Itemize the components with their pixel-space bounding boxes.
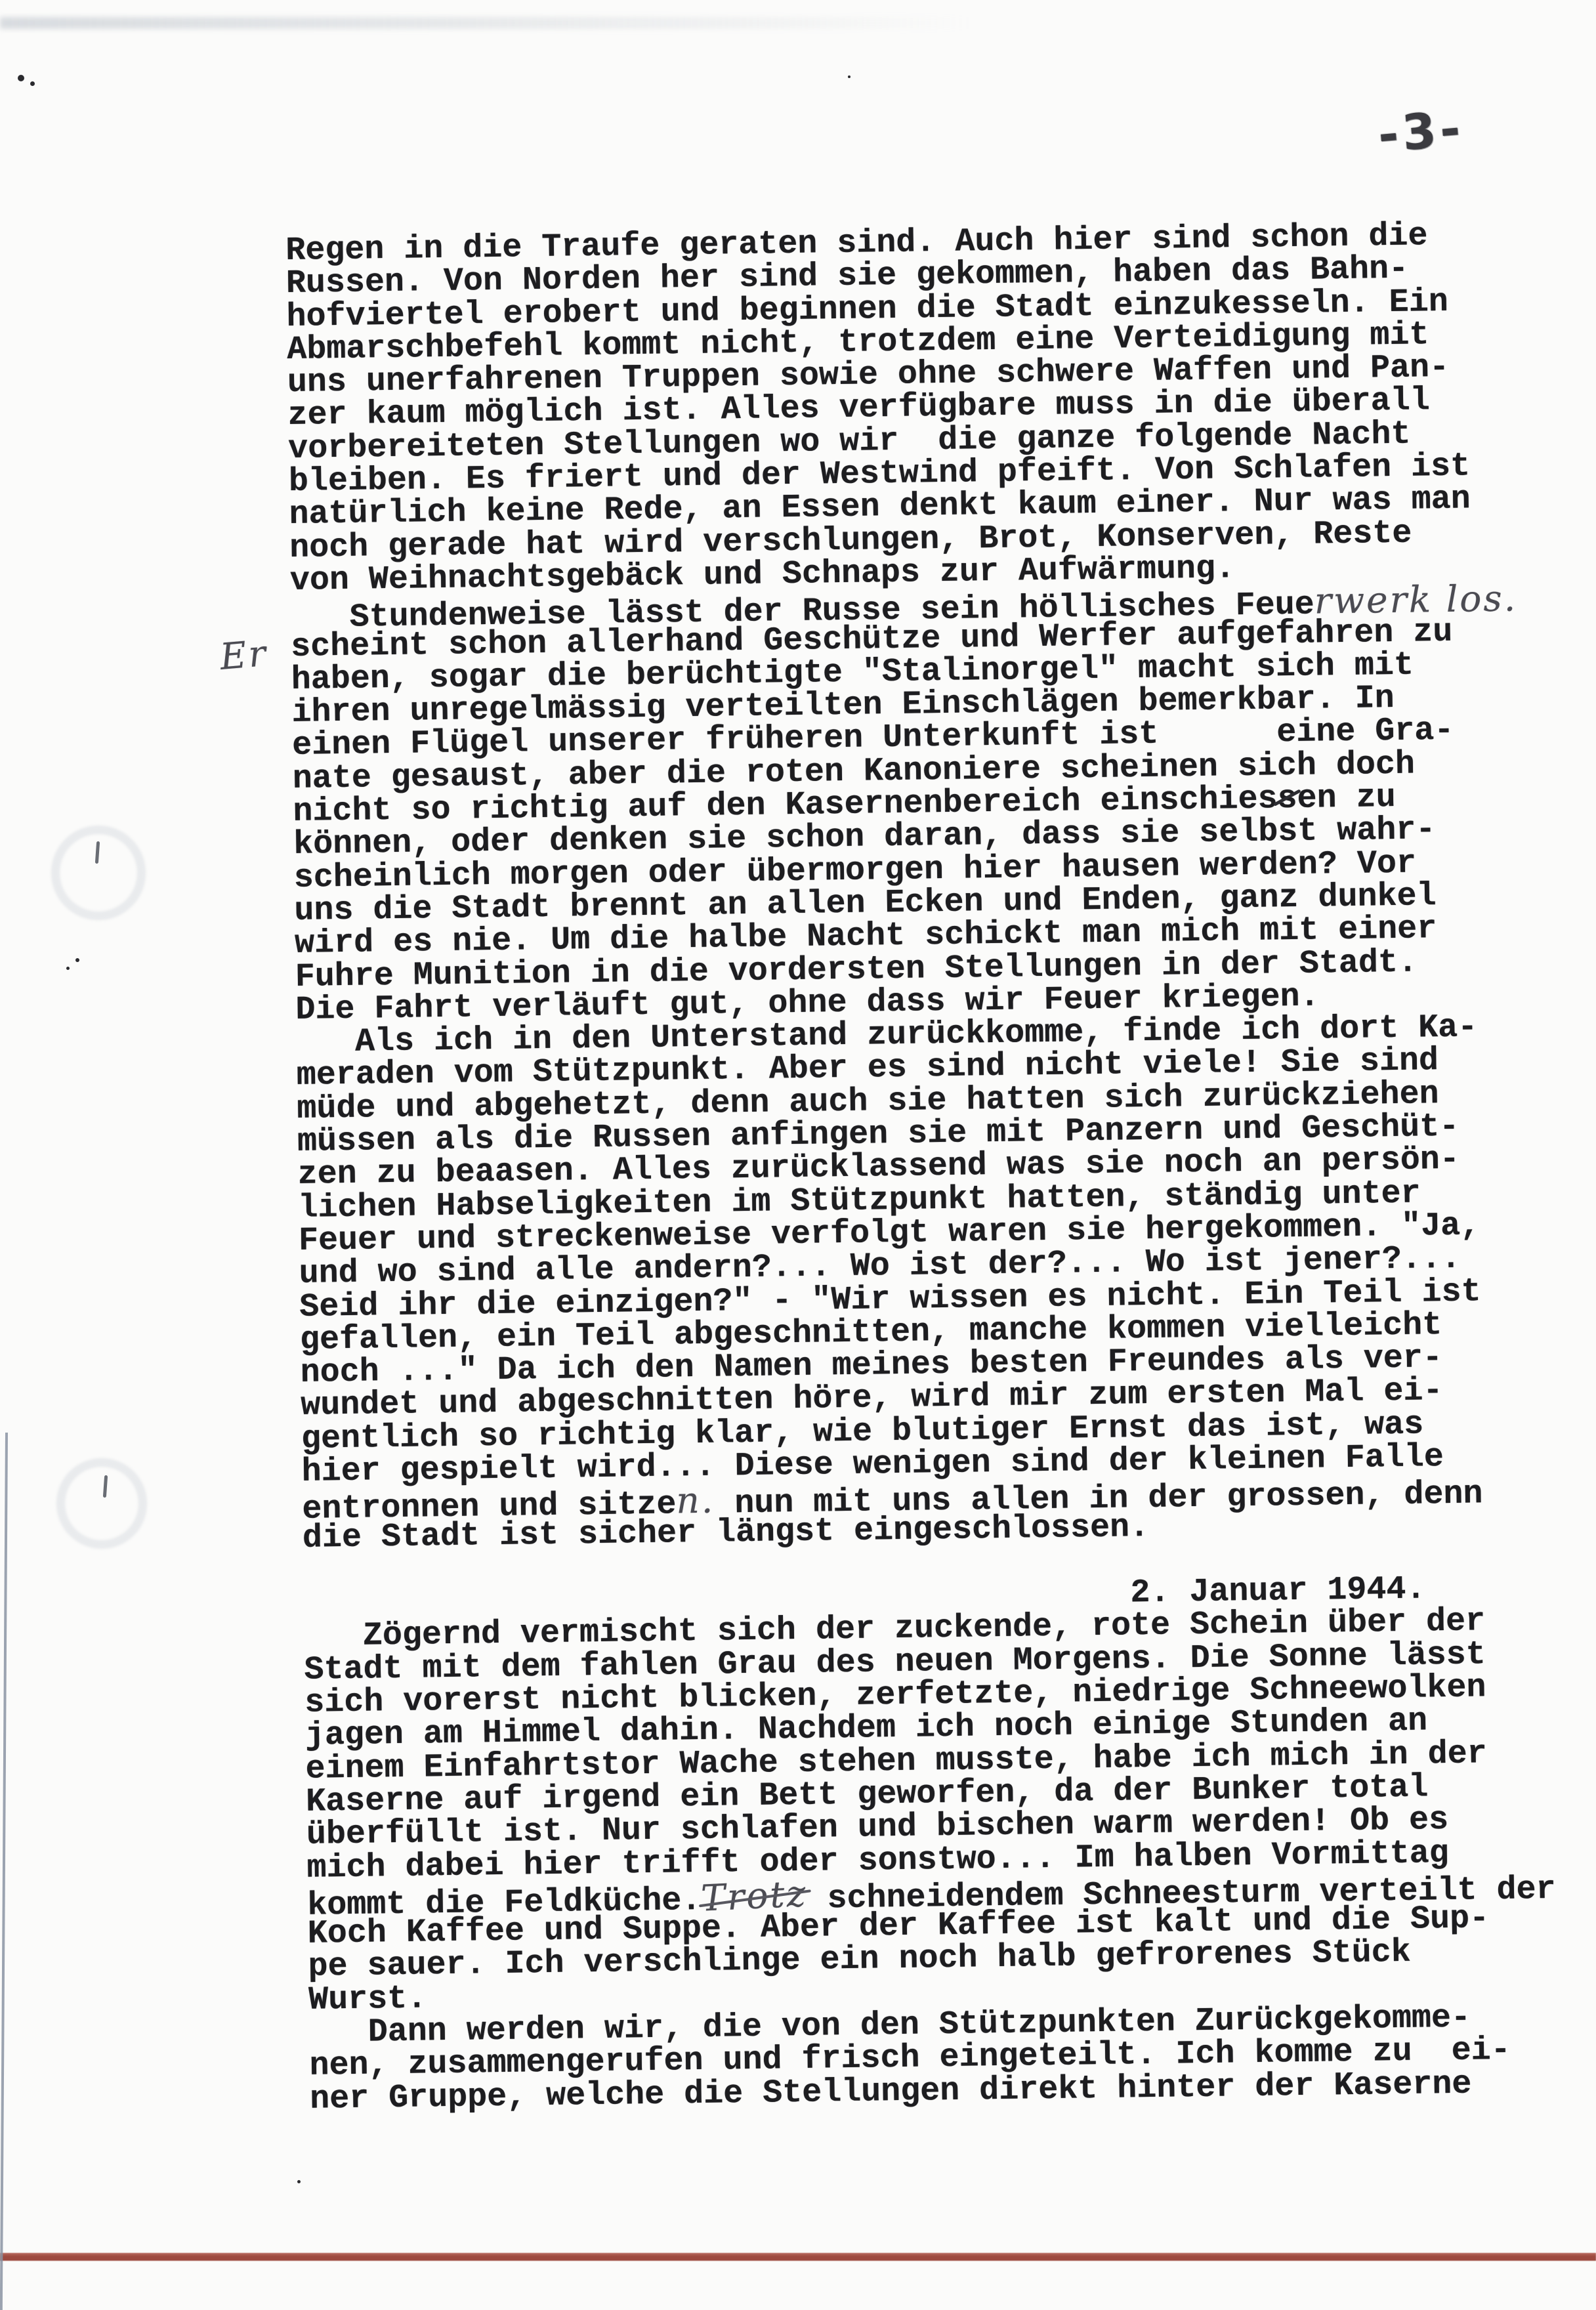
ink-speck	[30, 81, 35, 86]
typewritten-text: Regen in die Traufe geraten sind. Auch h…	[285, 218, 1596, 2116]
scanned-document-page: -3- Regen in die Traufe geraten sind. Au…	[0, 0, 1596, 2310]
ink-speck	[75, 958, 79, 962]
scan-artifact-left-edge-line	[0, 1433, 8, 2310]
scan-artifact-top-streak	[0, 17, 971, 29]
ink-speck	[66, 967, 70, 970]
punch-hole-mark	[51, 826, 146, 920]
punch-hole-mark	[56, 1458, 147, 1549]
handwritten-annotation: Er	[219, 637, 268, 673]
ink-speck	[18, 75, 24, 81]
ink-speck	[848, 75, 850, 78]
ink-speck	[297, 2180, 301, 2183]
page-number: -3-	[1376, 100, 1467, 163]
typed-text: s	[1277, 783, 1297, 816]
scan-artifact-red-line	[0, 2253, 1596, 2261]
